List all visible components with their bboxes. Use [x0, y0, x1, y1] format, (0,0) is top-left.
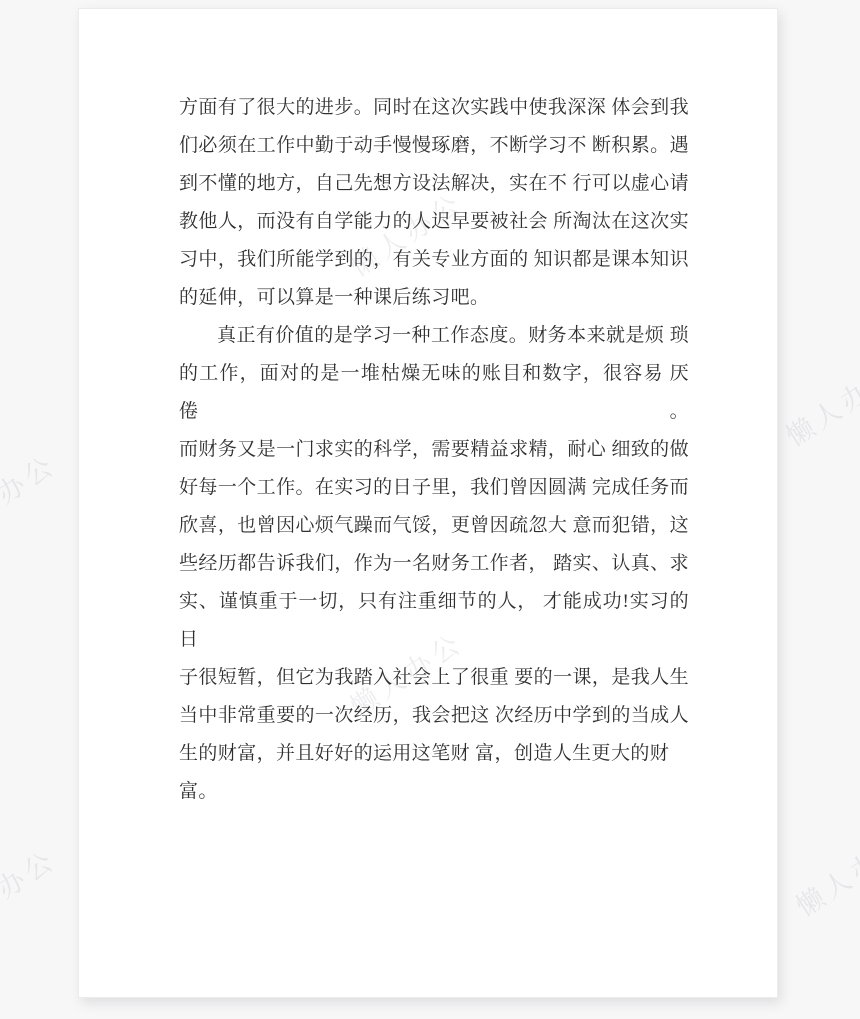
- text-line: 习中，我们所能学到的，有关专业方面的 知识都是课本知识: [179, 241, 689, 279]
- screenshot-root: { "page": { "background_color": "#f7f7f8…: [0, 0, 860, 1019]
- text-line: 子很短暂，但它为我踏入社会上了很重 要的一课，是我人生: [179, 659, 689, 697]
- text-line: 生的财富，并且好好的运用这笔财 富，创造人生更大的财富。: [179, 735, 689, 811]
- document-content: 方面有了很大的进步。同时在这次实践中使我深深 体会到我 们必须在工作中勤于动手慢…: [79, 9, 777, 811]
- text-line: 的工作，面对的是一堆枯燥无味的账目和数字，很容易 厌倦。: [179, 355, 689, 431]
- text-line: 实、谨慎重于一切，只有注重细节的人， 才能成功!实习的日: [179, 583, 689, 659]
- watermark: 懒人办公: [0, 443, 63, 545]
- app-background: 方面有了很大的进步。同时在这次实践中使我深深 体会到我 们必须在工作中勤于动手慢…: [0, 0, 860, 1019]
- text-line: 而财务又是一门求实的科学，需要精益求精，耐心 细致的做: [179, 431, 689, 469]
- text-line: 方面有了很大的进步。同时在这次实践中使我深深 体会到我: [179, 89, 689, 127]
- text-line: 好每一个工作。在实习的日子里，我们曾因圆满 完成任务而: [179, 469, 689, 507]
- text-line: 当中非常重要的一次经历，我会把这 次经历中学到的当成人: [179, 697, 689, 735]
- text-line: 的延伸，可以算是一种课后练习吧。: [179, 279, 689, 317]
- text-line: 到不懂的地方，自己先想方设法解决，实在不 行可以虚心请: [179, 165, 689, 203]
- text-line: 真正有价值的是学习一种工作态度。财务本来就是烦 琐: [179, 317, 689, 355]
- watermark: 懒人办公: [787, 821, 860, 923]
- paragraph-continuation: 方面有了很大的进步。同时在这次实践中使我深深 体会到我 们必须在工作中勤于动手慢…: [179, 89, 689, 317]
- text-line: 们必须在工作中勤于动手慢慢琢磨，不断学习不 断积累。遇: [179, 127, 689, 165]
- watermark: 懒人办公: [0, 838, 63, 940]
- watermark: 懒人办公: [777, 351, 860, 453]
- document-page: 方面有了很大的进步。同时在这次实践中使我深深 体会到我 们必须在工作中勤于动手慢…: [78, 8, 778, 998]
- text-line: 些经历都告诉我们，作为一名财务工作者， 踏实、认真、求: [179, 545, 689, 583]
- text-line: 教他人，而没有自学能力的人迟早要被社会 所淘汰在这次实: [179, 203, 689, 241]
- text-line: 欣喜，也曾因心烦气躁而气馁，更曾因疏忽大 意而犯错，这: [179, 507, 689, 545]
- paragraph-work-attitude: 真正有价值的是学习一种工作态度。财务本来就是烦 琐 的工作，面对的是一堆枯燥无味…: [179, 317, 689, 811]
